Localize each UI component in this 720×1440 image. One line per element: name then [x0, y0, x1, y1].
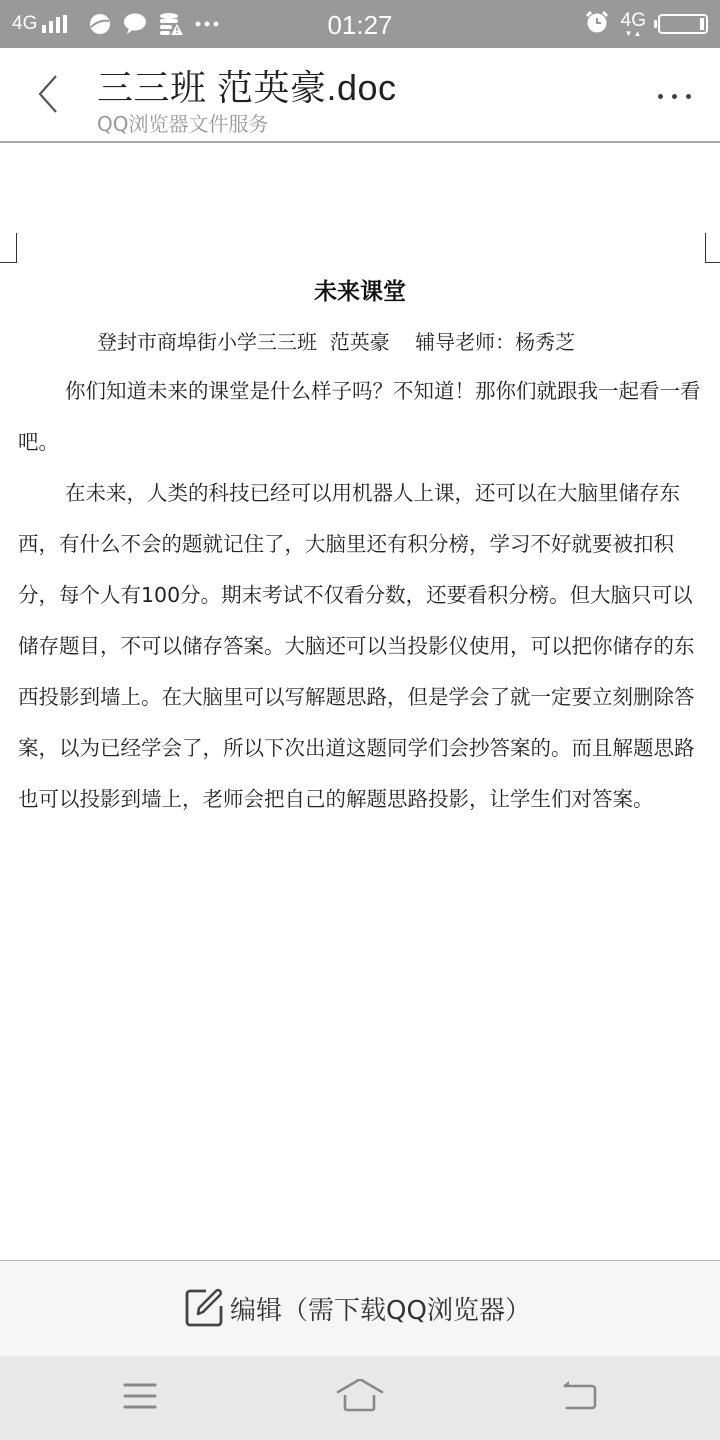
- network-type-label: 4G: [12, 13, 37, 35]
- more-dots-icon: [672, 94, 677, 99]
- storage-warning-icon: [159, 12, 183, 36]
- nav-home-button[interactable]: [330, 1378, 390, 1418]
- data-arrows-icon: ▼▲: [625, 30, 643, 38]
- document-byline: 登封市商埠街小学三三班 范英豪 辅导老师：杨秀芝: [97, 326, 575, 355]
- battery-icon: [658, 14, 708, 34]
- document-viewer[interactable]: 未来课堂 登封市商埠街小学三三班 范英豪 辅导老师：杨秀芝 你们知道未来的课堂是…: [0, 145, 720, 1260]
- edit-button-label: 编辑（需下载QQ浏览器）: [230, 1290, 531, 1327]
- title-bar: 三三班 范英豪.doc QQ浏览器文件服务: [0, 48, 720, 143]
- mobile-data-icon: 4G ▼▲: [621, 11, 646, 30]
- status-bar-left: 4G: [12, 0, 219, 48]
- chevron-left-icon: [36, 74, 60, 118]
- mobile-data-label: 4G: [621, 10, 646, 31]
- menu-icon: [123, 1382, 157, 1414]
- document-title: 三三班 范英豪.doc: [97, 60, 397, 111]
- more-notifications-icon: [195, 21, 219, 27]
- signal-icon: [42, 15, 67, 33]
- page-margin-mark-right: [705, 233, 720, 263]
- edit-button-content: 编辑（需下载QQ浏览器）: [184, 1286, 531, 1332]
- alarm-icon: [585, 10, 609, 38]
- more-options-button[interactable]: [650, 78, 698, 114]
- browser-icon: [89, 13, 111, 35]
- document-body: 你们知道未来的课堂是什么样子吗？不知道！那你们就跟我一起看一看吧。 在未来，人类…: [18, 366, 708, 825]
- edit-icon: [184, 1286, 226, 1332]
- status-bar-right: 4G ▼▲: [585, 0, 708, 48]
- document-heading: 未来课堂: [0, 273, 720, 306]
- edit-button[interactable]: 编辑（需下载QQ浏览器）: [0, 1260, 720, 1356]
- document-subtitle: QQ浏览器文件服务: [97, 108, 268, 137]
- status-bar: 4G 01:27 4G ▼▲: [0, 0, 720, 48]
- page-margin-mark-left: [0, 233, 17, 263]
- system-nav-bar: [0, 1356, 720, 1440]
- back-button[interactable]: [28, 72, 68, 120]
- more-dots-icon: [658, 94, 663, 99]
- paragraph: 你们知道未来的课堂是什么样子吗？不知道！那你们就跟我一起看一看吧。: [18, 366, 708, 468]
- nav-menu-button[interactable]: [110, 1378, 170, 1418]
- home-icon: [335, 1379, 385, 1417]
- nav-back-button[interactable]: [550, 1378, 610, 1418]
- chat-icon: [123, 13, 147, 35]
- paragraph: 在未来，人类的科技已经可以用机器人上课，还可以在大脑里储存东西，有什么不会的题就…: [18, 468, 708, 825]
- back-arrow-icon: [561, 1380, 599, 1416]
- more-dots-icon: [686, 94, 691, 99]
